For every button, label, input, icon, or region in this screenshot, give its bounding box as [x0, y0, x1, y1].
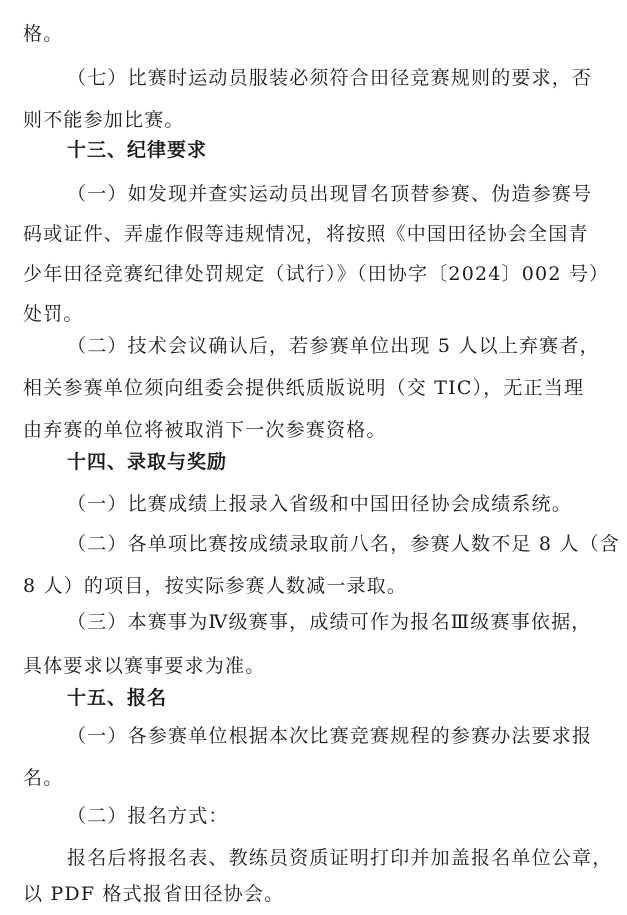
paragraph-line: 8 人）的项目，按实际参赛人数减一录取。 — [23, 574, 407, 598]
paragraph-line: （七）比赛时运动员服装必须符合田径竞赛规则的要求，否 — [67, 66, 592, 90]
paragraph-line: 格。 — [23, 22, 63, 46]
paragraph-line: 则不能参加比赛。 — [23, 108, 185, 132]
paragraph-line: （一）各参赛单位根据本次比赛竞赛规程的参赛办法要求报 — [67, 724, 592, 748]
paragraph-line: 少年田径竞赛纪律处罚规定（试行）》（田协字〔2024〕002 号） — [23, 262, 609, 286]
paragraph-line: 由弃赛的单位将被取消下一次参赛资格。 — [23, 418, 387, 442]
paragraph-line: （三）本赛事为Ⅳ级赛事，成绩可作为报名Ⅲ级赛事依据， — [67, 610, 592, 634]
paragraph-line: （一）比赛成绩上报录入省级和中国田径协会成绩系统。 — [67, 492, 572, 516]
paragraph-line: 码或证件、弄虚作假等违规情况，将按照《中国田径协会全国青 — [23, 222, 589, 246]
paragraph-line: （二）报名方式： — [67, 804, 229, 828]
section-heading: 十五、报名 — [67, 686, 167, 710]
paragraph-line: 处罚。 — [23, 302, 84, 326]
paragraph-line: （二）各单项比赛按成绩录取前八名，参赛人数不足 8 人（含 — [67, 532, 620, 556]
paragraph-line: 报名后将报名表、教练员资质证明打印并加盖报名单位公章， — [67, 846, 612, 870]
section-heading: 十四、录取与奖励 — [67, 450, 227, 474]
section-heading: 十三、纪律要求 — [67, 138, 207, 162]
paragraph-line: 以 PDF 格式报省田径协会。 — [23, 882, 284, 906]
paragraph-line: 名。 — [23, 766, 63, 790]
paragraph-line: （二）技术会议确认后，若参赛单位出现 5 人以上弃赛者， — [67, 334, 600, 358]
paragraph-line: 相关参赛单位须向组委会提供纸质版说明（交 TIC），无正当理 — [23, 376, 584, 400]
paragraph-line: （一）如发现并查实运动员出现冒名顶替参赛、伪造参赛号 — [67, 182, 592, 206]
paragraph-line: 具体要求以赛事要求为准。 — [23, 654, 265, 678]
